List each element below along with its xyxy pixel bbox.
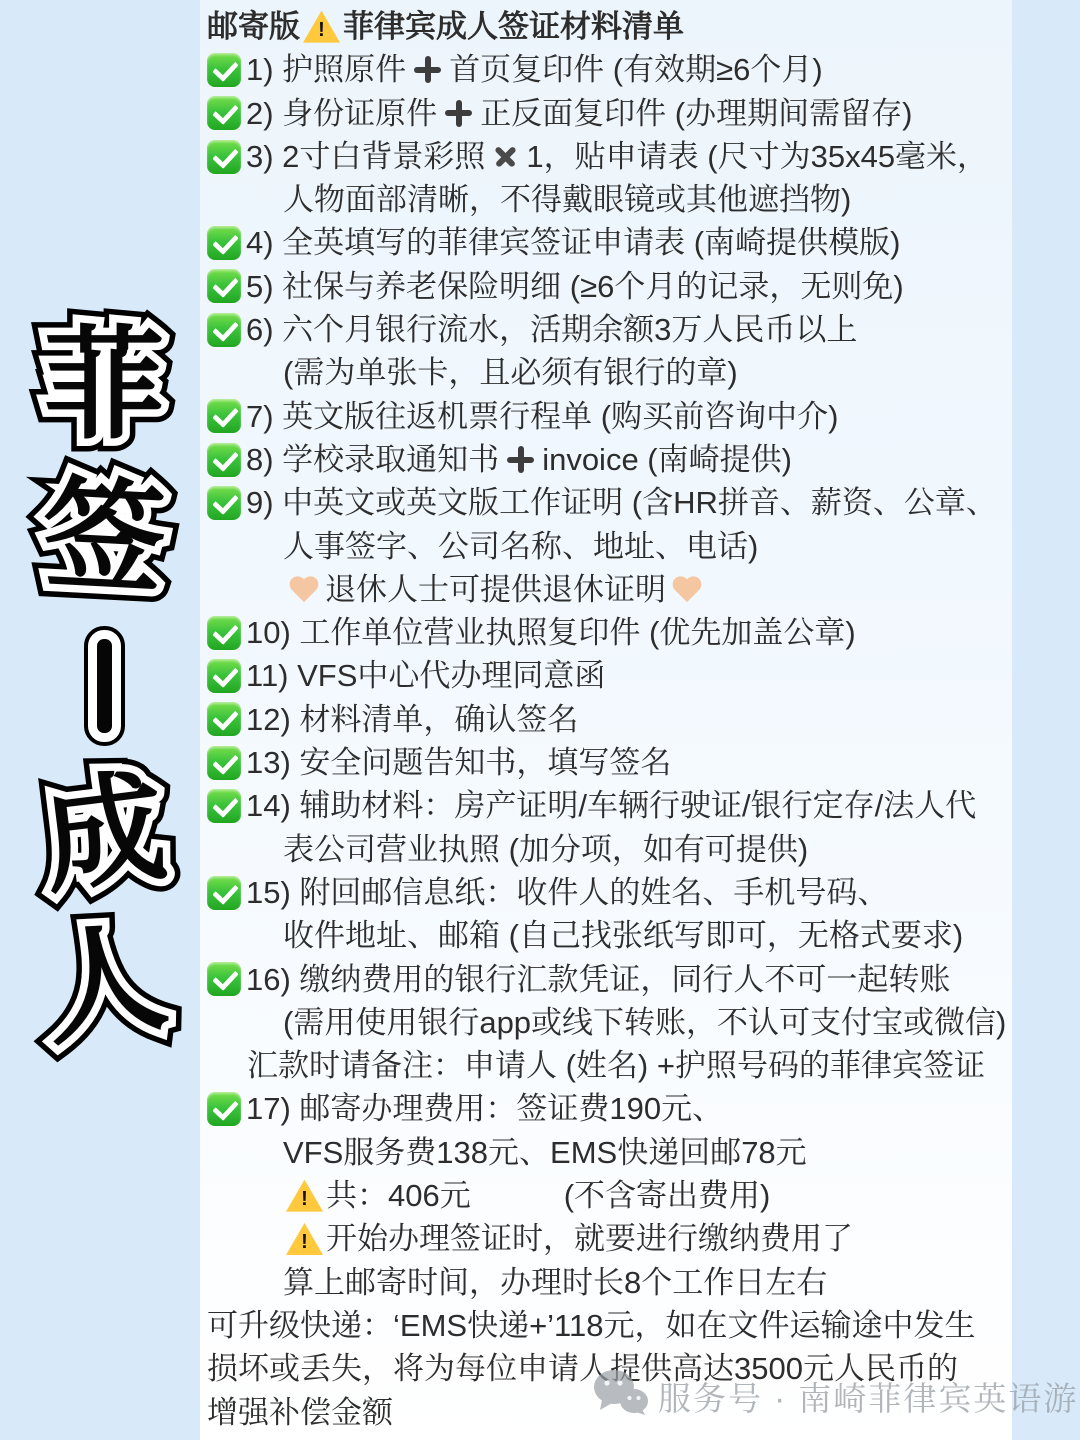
check-icon: [207, 789, 241, 823]
vertical-title-dash: [88, 630, 121, 742]
checklist-text: 人事签字、公司名称、地址、电话): [283, 525, 758, 568]
checklist-text: 10) 工作单位营业执照复印件 (优先加盖公章): [246, 611, 856, 654]
checklist-text: 人物面部清晰，不得戴眼镜或其他遮挡物): [283, 178, 851, 221]
vertical-title-char: 签签签: [40, 469, 169, 607]
checklist-text: 邮寄版: [207, 5, 300, 48]
vertical-title-char: 人人人: [33, 911, 174, 1060]
watermark-text: 服务号 · 南崎菲律宾英语游学: [658, 1373, 1080, 1420]
multiply-icon: [488, 139, 523, 174]
checklist-text: 11) VFS中心代办理同意函: [246, 654, 605, 697]
checklist-line: 2) 身份证原件正反面复印件 (办理期间需留存): [207, 92, 1067, 135]
heart-hands-icon: [288, 576, 320, 603]
check-icon: [207, 876, 241, 910]
checklist-text: 可升级快递：‘EMS快递+’118元，如在文件运输途中发生: [207, 1304, 975, 1347]
checklist-line: 10) 工作单位营业执照复印件 (优先加盖公章): [207, 611, 1067, 654]
heart-hands-icon: [671, 576, 703, 603]
watermark: 服务号 · 南崎菲律宾英语游学: [592, 1368, 1080, 1424]
checklist: 邮寄版菲律宾成人签证材料清单1) 护照原件首页复印件 (有效期≥6个月)2) 身…: [207, 5, 1067, 1434]
checklist-line: 11) VFS中心代办理同意函: [207, 654, 1067, 697]
page-background: 菲菲菲签签签成成成人人人 邮寄版菲律宾成人签证材料清单1) 护照原件首页复印件 …: [0, 0, 1080, 1440]
checklist-line: 汇款时请备注：申请人 (姓名) +护照号码的菲律宾签证: [207, 1044, 1067, 1087]
checklist-text: invoice (南崎提供): [542, 438, 792, 481]
checklist-text: 菲律宾成人签证材料清单: [343, 5, 684, 48]
vertical-title-char: 菲菲菲: [43, 320, 165, 452]
checklist-line: 13) 安全问题告知书，填写签名: [207, 741, 1067, 784]
checklist-text: 退休人士可提供退休证明: [325, 568, 666, 611]
check-icon: [207, 1092, 241, 1126]
checklist-text: 4) 全英填写的菲律宾签证申请表 (南崎提供模版): [246, 221, 900, 264]
checklist-line: 7) 英文版往返机票行程单 (购买前咨询中介): [207, 395, 1067, 438]
checklist-text: 15) 附回邮信息纸：收件人的姓名、手机号码、: [246, 871, 888, 914]
checklist-line: 5) 社保与养老保险明细 (≥6个月的记录，无则免): [207, 265, 1067, 308]
checklist-text: 9) 中英文或英文版工作证明 (含HR拼音、薪资、公章、: [246, 481, 997, 524]
plus-icon: [445, 100, 472, 127]
checklist-text: 16) 缴纳费用的银行汇款凭证，同行人不可一起转账: [246, 958, 950, 1001]
checklist-text: 首页复印件 (有效期≥6个月): [449, 48, 823, 91]
plus-icon: [507, 446, 534, 473]
checklist-line: 16) 缴纳费用的银行汇款凭证，同行人不可一起转账: [207, 958, 1067, 1001]
checklist-text: 收件地址、邮箱 (自己找张纸写即可，无格式要求): [283, 914, 963, 957]
check-icon: [207, 226, 241, 260]
warning-icon: [286, 1180, 323, 1212]
check-icon: [207, 962, 241, 996]
checklist-line: 收件地址、邮箱 (自己找张纸写即可，无格式要求): [207, 914, 1067, 957]
checklist-text: 增强补偿金额: [207, 1391, 393, 1434]
checklist-text: (需用使用银行app或线下转账，不认可支付宝或微信): [283, 1001, 1006, 1044]
plus-icon: [414, 56, 441, 83]
checklist-line: 邮寄版菲律宾成人签证材料清单: [207, 5, 1067, 48]
checklist-text: 1) 护照原件: [246, 48, 406, 91]
checklist-line: 8) 学校录取通知书invoice (南崎提供): [207, 438, 1067, 481]
checklist-text: 表公司营业执照 (加分项，如有可提供): [283, 828, 808, 871]
checklist-text: 共：406元 (不含寄出费用): [326, 1174, 770, 1217]
checklist-text: 14) 辅助材料：房产证明/车辆行驶证/银行定存/法人代: [246, 784, 976, 827]
checklist-text: 正反面复印件 (办理期间需留存): [480, 92, 912, 135]
checklist-text: 12) 材料清单，确认签名: [246, 698, 578, 741]
checklist-line: (需用使用银行app或线下转账，不认可支付宝或微信): [207, 1001, 1067, 1044]
warning-icon: [303, 11, 340, 43]
checklist-line: 14) 辅助材料：房产证明/车辆行驶证/银行定存/法人代: [207, 784, 1067, 827]
checklist-line: 9) 中英文或英文版工作证明 (含HR拼音、薪资、公章、: [207, 481, 1067, 524]
checklist-text: 3) 2寸白背景彩照: [246, 135, 485, 178]
checklist-text: 算上邮寄时间，办理时长8个工作日左右: [283, 1261, 827, 1304]
check-icon: [207, 746, 241, 780]
checklist-line: 开始办理签证时，就要进行缴纳费用了: [207, 1217, 1067, 1260]
check-icon: [207, 140, 241, 174]
check-icon: [207, 702, 241, 736]
check-icon: [207, 313, 241, 347]
checklist-line: 算上邮寄时间，办理时长8个工作日左右: [207, 1261, 1067, 1304]
check-icon: [207, 53, 241, 87]
checklist-text: 6) 六个月银行流水，活期余额3万人民币以上: [246, 308, 857, 351]
checklist-line: 人物面部清晰，不得戴眼镜或其他遮挡物): [207, 178, 1067, 221]
checklist-text: 开始办理签证时，就要进行缴纳费用了: [326, 1217, 853, 1260]
checklist-line: 6) 六个月银行流水，活期余额3万人民币以上: [207, 308, 1067, 351]
checklist-line: VFS服务费138元、EMS快递回邮78元: [207, 1131, 1067, 1174]
checklist-text: 7) 英文版往返机票行程单 (购买前咨询中介): [246, 395, 838, 438]
checklist-text: 2) 身份证原件: [246, 92, 437, 135]
checklist-line: 可升级快递：‘EMS快递+’118元，如在文件运输途中发生: [207, 1304, 1067, 1347]
check-icon: [207, 616, 241, 650]
checklist-text: VFS服务费138元、EMS快递回邮78元: [283, 1131, 807, 1174]
checklist-text: 8) 学校录取通知书: [246, 438, 499, 481]
check-icon: [207, 399, 241, 433]
check-icon: [207, 269, 241, 303]
checklist-line: 3) 2寸白背景彩照1，贴申请表 (尺寸为35x45毫米，: [207, 135, 1067, 178]
checklist-line: 12) 材料清单，确认签名: [207, 698, 1067, 741]
check-icon: [207, 96, 241, 130]
check-icon: [207, 486, 241, 520]
checklist-text: 1，贴申请表 (尺寸为35x45毫米，: [526, 135, 988, 178]
checklist-line: 人事签字、公司名称、地址、电话): [207, 525, 1067, 568]
checklist-line: 1) 护照原件首页复印件 (有效期≥6个月): [207, 48, 1067, 91]
checklist-text: 17) 邮寄办理费用：签证费190元、: [246, 1087, 723, 1130]
vertical-title-char: 成成成: [35, 761, 172, 907]
warning-icon: [286, 1223, 323, 1255]
checklist-line: 15) 附回邮信息纸：收件人的姓名、手机号码、: [207, 871, 1067, 914]
check-icon: [207, 659, 241, 693]
checklist-line: 退休人士可提供退休证明: [207, 568, 1067, 611]
wechat-icon: [592, 1368, 650, 1424]
checklist-text: 13) 安全问题告知书，填写签名: [246, 741, 671, 784]
check-icon: [207, 443, 241, 477]
checklist-line: 17) 邮寄办理费用：签证费190元、: [207, 1087, 1067, 1130]
checklist-text: 5) 社保与养老保险明细 (≥6个月的记录，无则免): [246, 265, 904, 308]
checklist-line: 表公司营业执照 (加分项，如有可提供): [207, 828, 1067, 871]
vertical-title: 菲菲菲签签签成成成人人人: [36, 320, 172, 1051]
checklist-line: 4) 全英填写的菲律宾签证申请表 (南崎提供模版): [207, 221, 1067, 264]
checklist-text: (需为单张卡，且必须有银行的章): [283, 351, 738, 394]
checklist-text: 汇款时请备注：申请人 (姓名) +护照号码的菲律宾签证: [247, 1044, 985, 1087]
checklist-line: 共：406元 (不含寄出费用): [207, 1174, 1067, 1217]
checklist-line: (需为单张卡，且必须有银行的章): [207, 351, 1067, 394]
